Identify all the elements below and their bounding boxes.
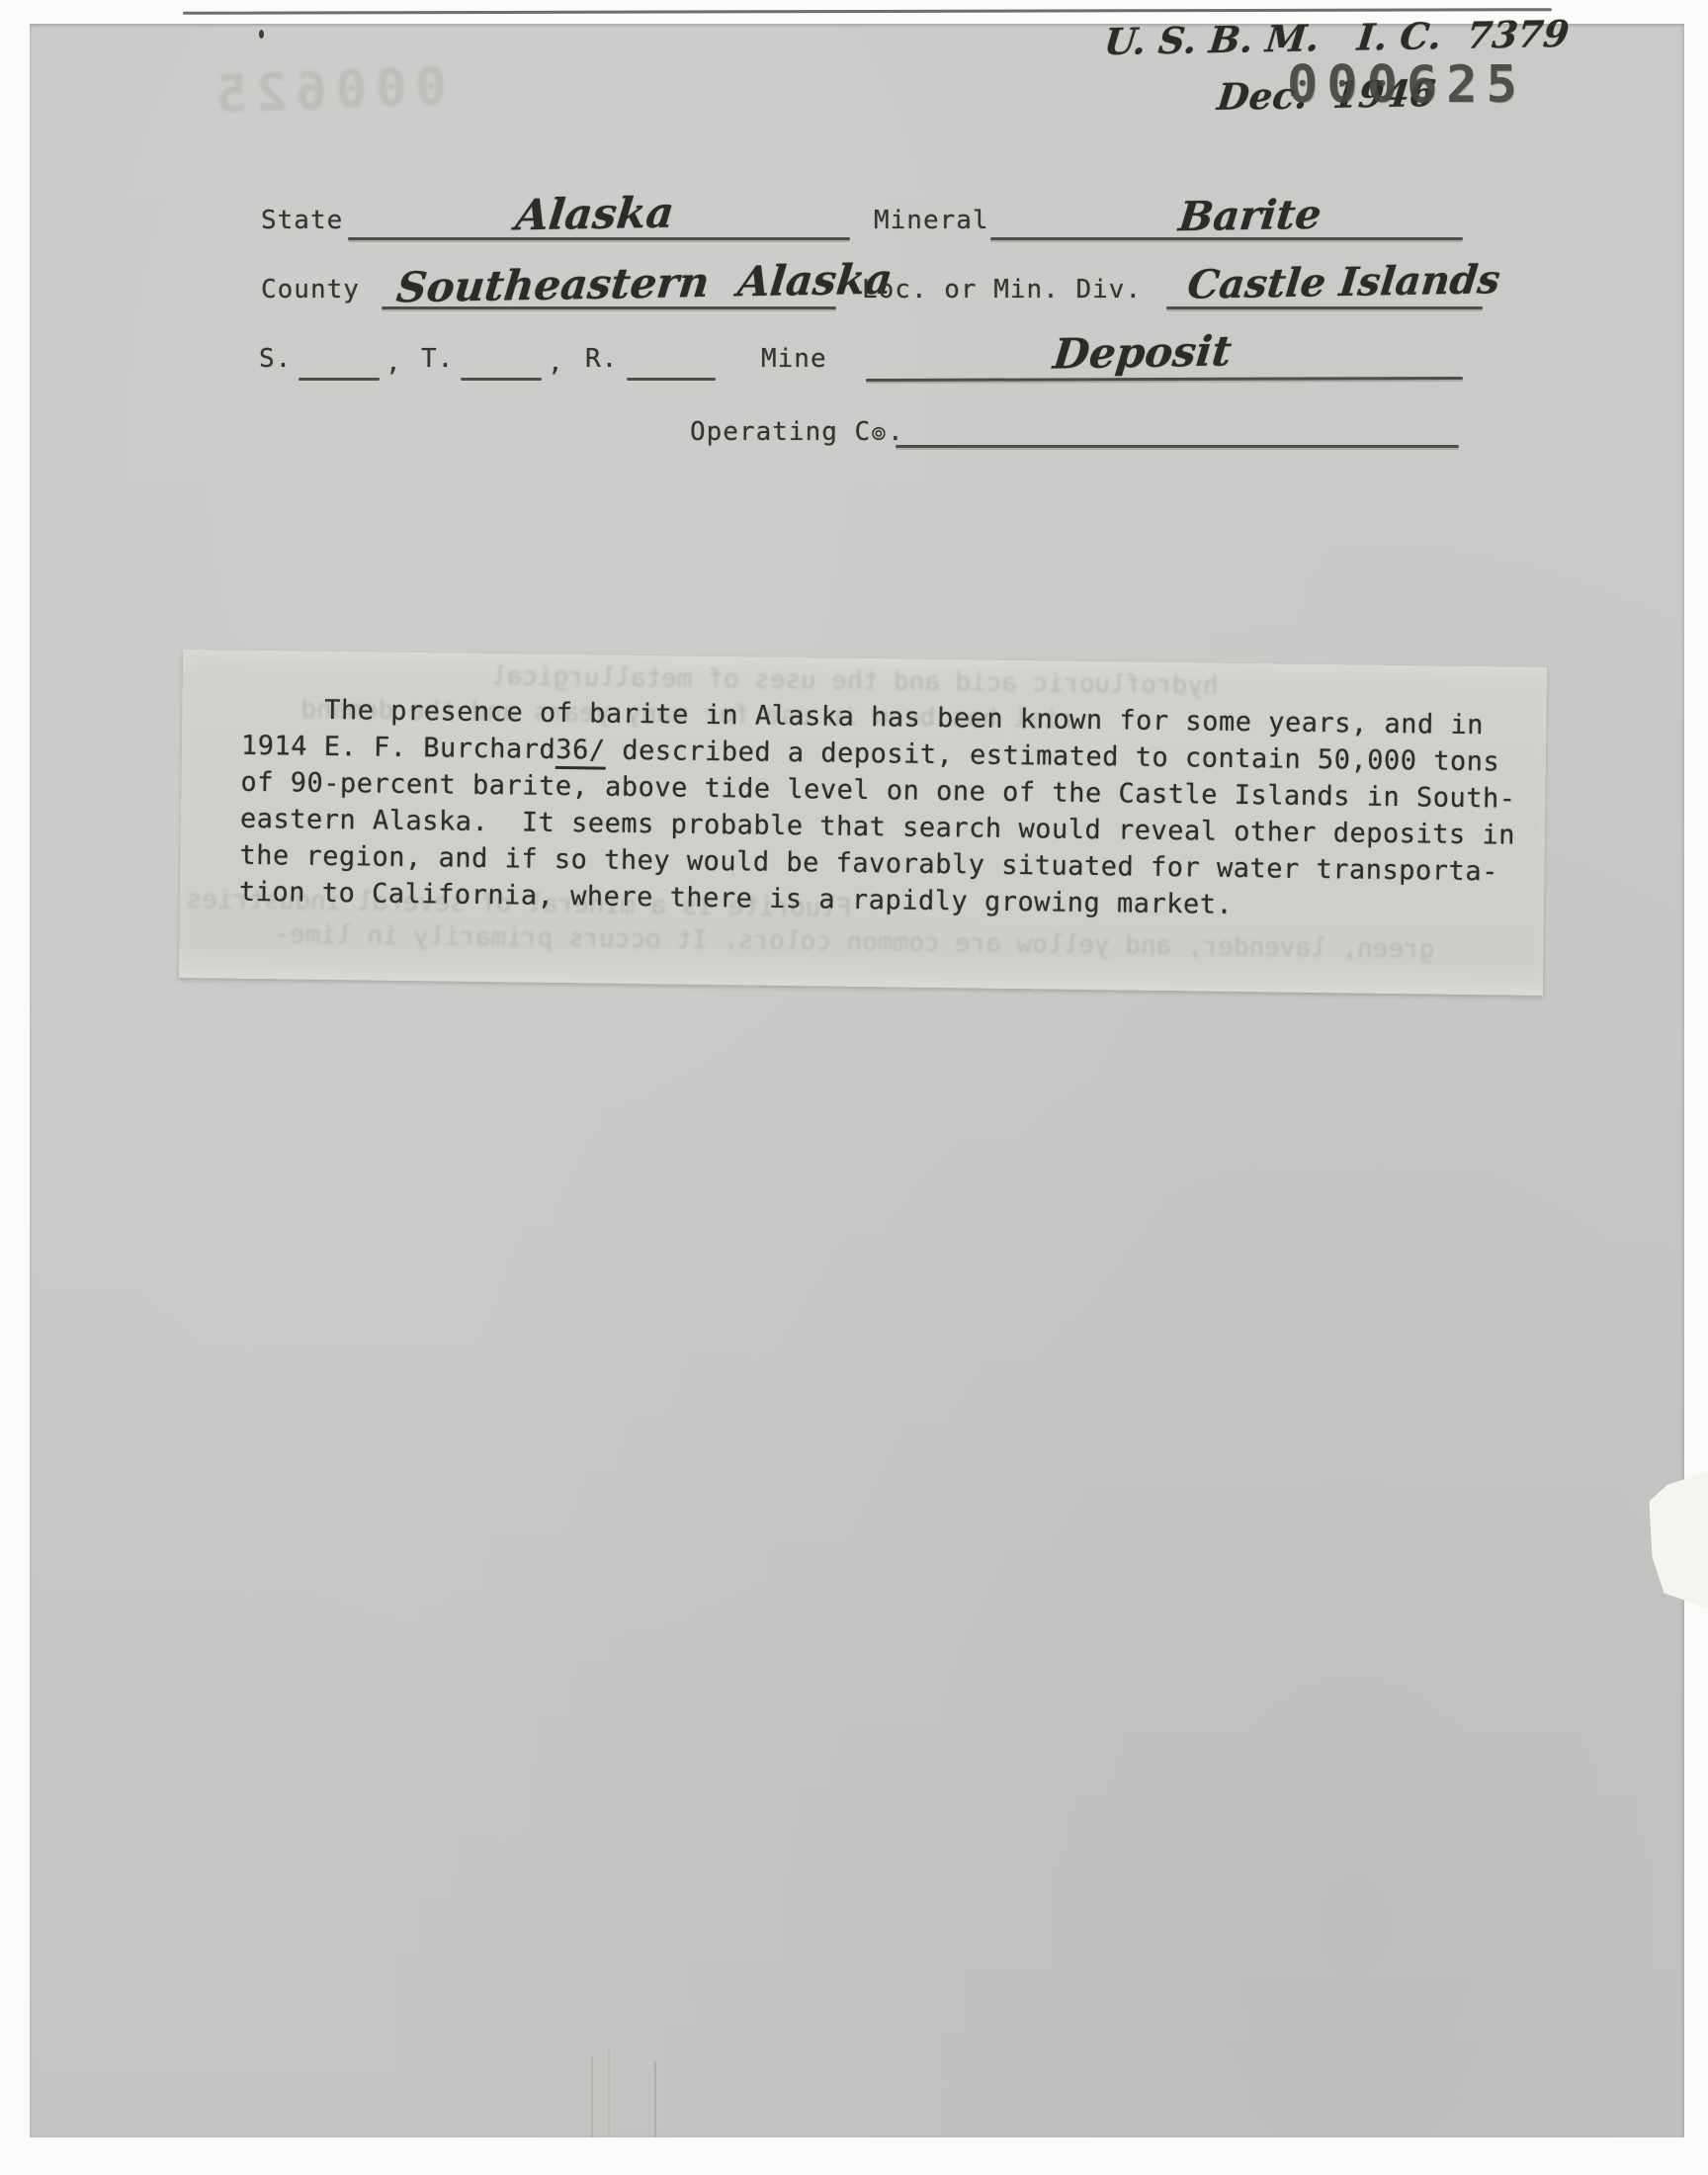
- scan-streak: [608, 2046, 610, 2137]
- comma: ,: [385, 348, 402, 378]
- state-label: State: [261, 206, 343, 235]
- state-value: Alaska: [513, 189, 676, 241]
- township-label: T.: [421, 344, 454, 374]
- clipping-text-segment: 1914 E. F. Burchard: [241, 731, 556, 765]
- section-blank-line: [299, 378, 380, 381]
- footnote-reference: 36/: [555, 735, 606, 770]
- range-label: R.: [585, 344, 618, 374]
- clipping-text-segment: described a deposit, estimated to contai…: [605, 736, 1499, 778]
- mine-label: Mine: [761, 344, 827, 374]
- range-blank-line: [627, 378, 716, 381]
- operating-co-blank-line: [896, 445, 1459, 448]
- ink-speck: [259, 30, 264, 39]
- section-label: S.: [259, 344, 292, 374]
- loc-min-div-label: Loc. or Min. Div.: [862, 275, 1142, 304]
- township-blank-line: [461, 378, 542, 381]
- ghost-text-line: green, lavender, and yellow are common c…: [209, 918, 1434, 964]
- serial-number-stamp: 000625: [1287, 55, 1526, 115]
- scan-streak: [591, 2056, 593, 2137]
- mineral-label: Mineral: [874, 206, 989, 235]
- county-label: County: [261, 275, 360, 304]
- scanner-edge-shadow: [183, 8, 1552, 15]
- pasted-clipping: hydrofluoric acid and the uses of metall…: [179, 650, 1547, 996]
- paper-sheet: [30, 24, 1684, 2137]
- scan-streak: [654, 2061, 656, 2137]
- mine-value: Deposit: [1051, 326, 1234, 378]
- mineral-value: Barite: [1176, 191, 1324, 240]
- bleedthrough-stamp: 000625: [207, 57, 448, 125]
- scanned-document: U. S. B. M. I. C. 7379 Dec. 1946 000625 …: [0, 0, 1708, 2175]
- county-value: Southeastern Alaska: [394, 255, 895, 312]
- comma: ,: [548, 348, 564, 378]
- operating-co-label: Operating C๏.: [690, 411, 904, 452]
- loc-min-div-value: Castle Islands: [1185, 256, 1502, 307]
